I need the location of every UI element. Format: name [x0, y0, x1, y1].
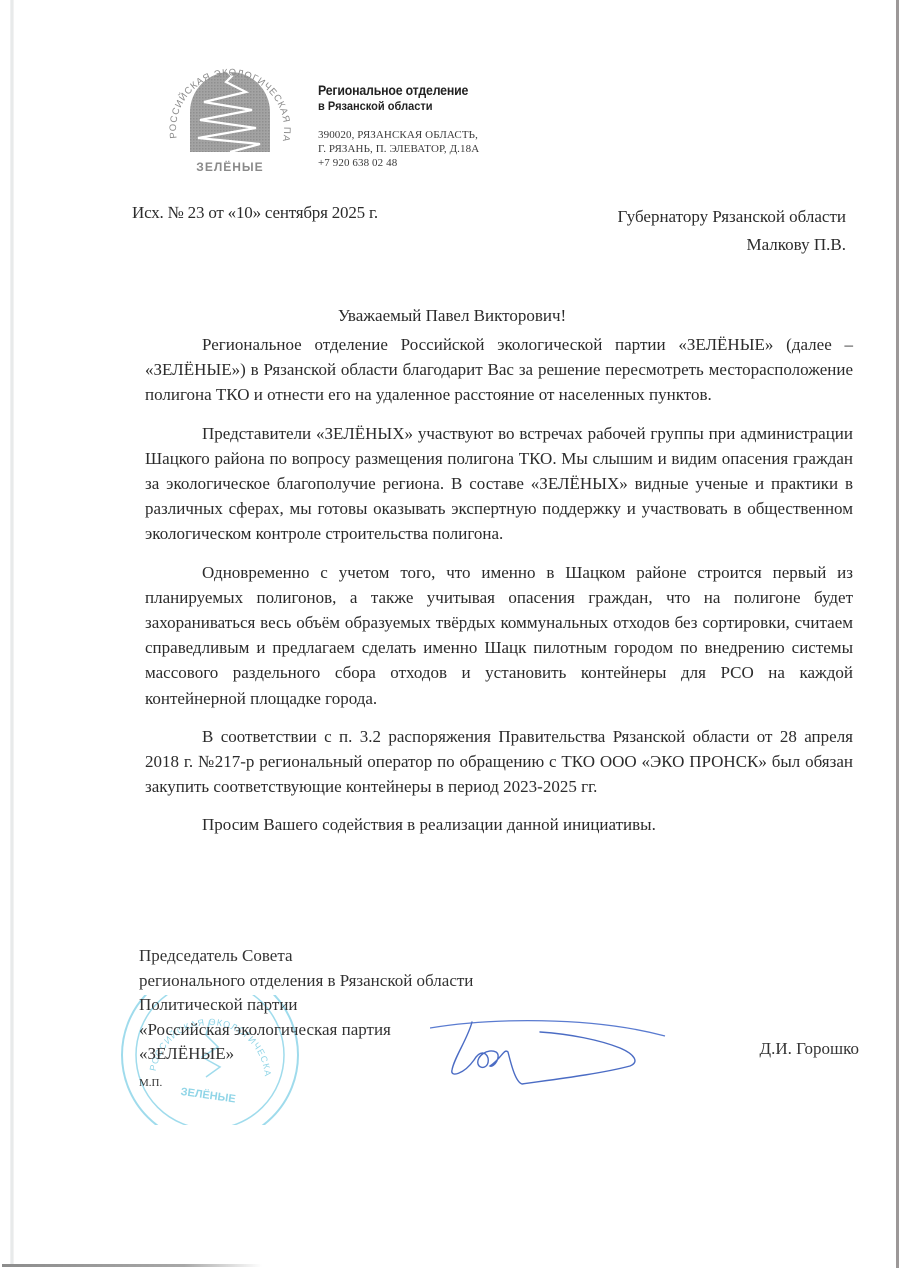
paragraph: Одновременно с учетом того, что именно в…: [145, 560, 853, 711]
greeting: Уважаемый Павел Викторович!: [0, 306, 904, 326]
addressee-title: Губернатору Рязанской области: [618, 203, 846, 231]
letter-body: Региональное отделение Российской эколог…: [145, 332, 853, 851]
org-subtitle: в Рязанской области: [318, 99, 475, 114]
paragraph: В соответствии с п. 3.2 распоряжения Пра…: [145, 724, 853, 800]
org-header: Региональное отделение в Рязанской облас…: [318, 82, 489, 114]
address-line: 390020, РЯЗАНСКАЯ ОБЛАСТЬ,: [318, 128, 479, 142]
page-edge-left: [10, 0, 14, 1265]
outgoing-reference: Исх. № 23 от «10» сентября 2025 г.: [132, 203, 378, 223]
paragraph: Просим Вашего содействия в реализации да…: [145, 812, 853, 837]
phone: +7 920 638 02 48: [318, 156, 479, 170]
signatory-title-line: «ЗЕЛЁНЫЕ»: [139, 1042, 473, 1067]
address-line: Г. РЯЗАНЬ, П. ЭЛЕВАТОР, Д.18А: [318, 142, 479, 156]
org-name: Региональное отделение: [318, 82, 468, 99]
page-edge-bottom: [2, 1264, 262, 1267]
page-edge-right: [896, 0, 899, 1268]
signatory-title-line: «Российская экологическая партия: [139, 1018, 473, 1043]
party-logo-tree-icon: РОССИЙСКАЯ ЭКОЛОГИЧЕСКАЯ ПАРТИЯ ЗЕЛЁНЫЕ: [160, 52, 300, 178]
paragraph: Региональное отделение Российской эколог…: [145, 332, 853, 408]
addressee: Губернатору Рязанской области Малкову П.…: [618, 203, 846, 259]
signature-block: Председатель Совета регионального отделе…: [139, 944, 473, 1095]
signatory-title-line: регионального отделения в Рязанской обла…: [139, 969, 473, 994]
signer-name: Д.И. Горошко: [760, 1039, 859, 1059]
signatory-title-line: Председатель Совета: [139, 944, 473, 969]
org-address: 390020, РЯЗАНСКАЯ ОБЛАСТЬ, Г. РЯЗАНЬ, П.…: [318, 128, 479, 170]
handwritten-signature-icon: [430, 1008, 670, 1088]
paragraph: Представители «ЗЕЛЁНЫХ» участвуют во вст…: [145, 421, 853, 547]
signatory-title-line: Политической партии: [139, 993, 473, 1018]
addressee-name: Малкову П.В.: [618, 231, 846, 259]
seal-mark: М.П.: [139, 1071, 473, 1096]
svg-text:ЗЕЛЁНЫЕ: ЗЕЛЁНЫЕ: [196, 159, 263, 174]
